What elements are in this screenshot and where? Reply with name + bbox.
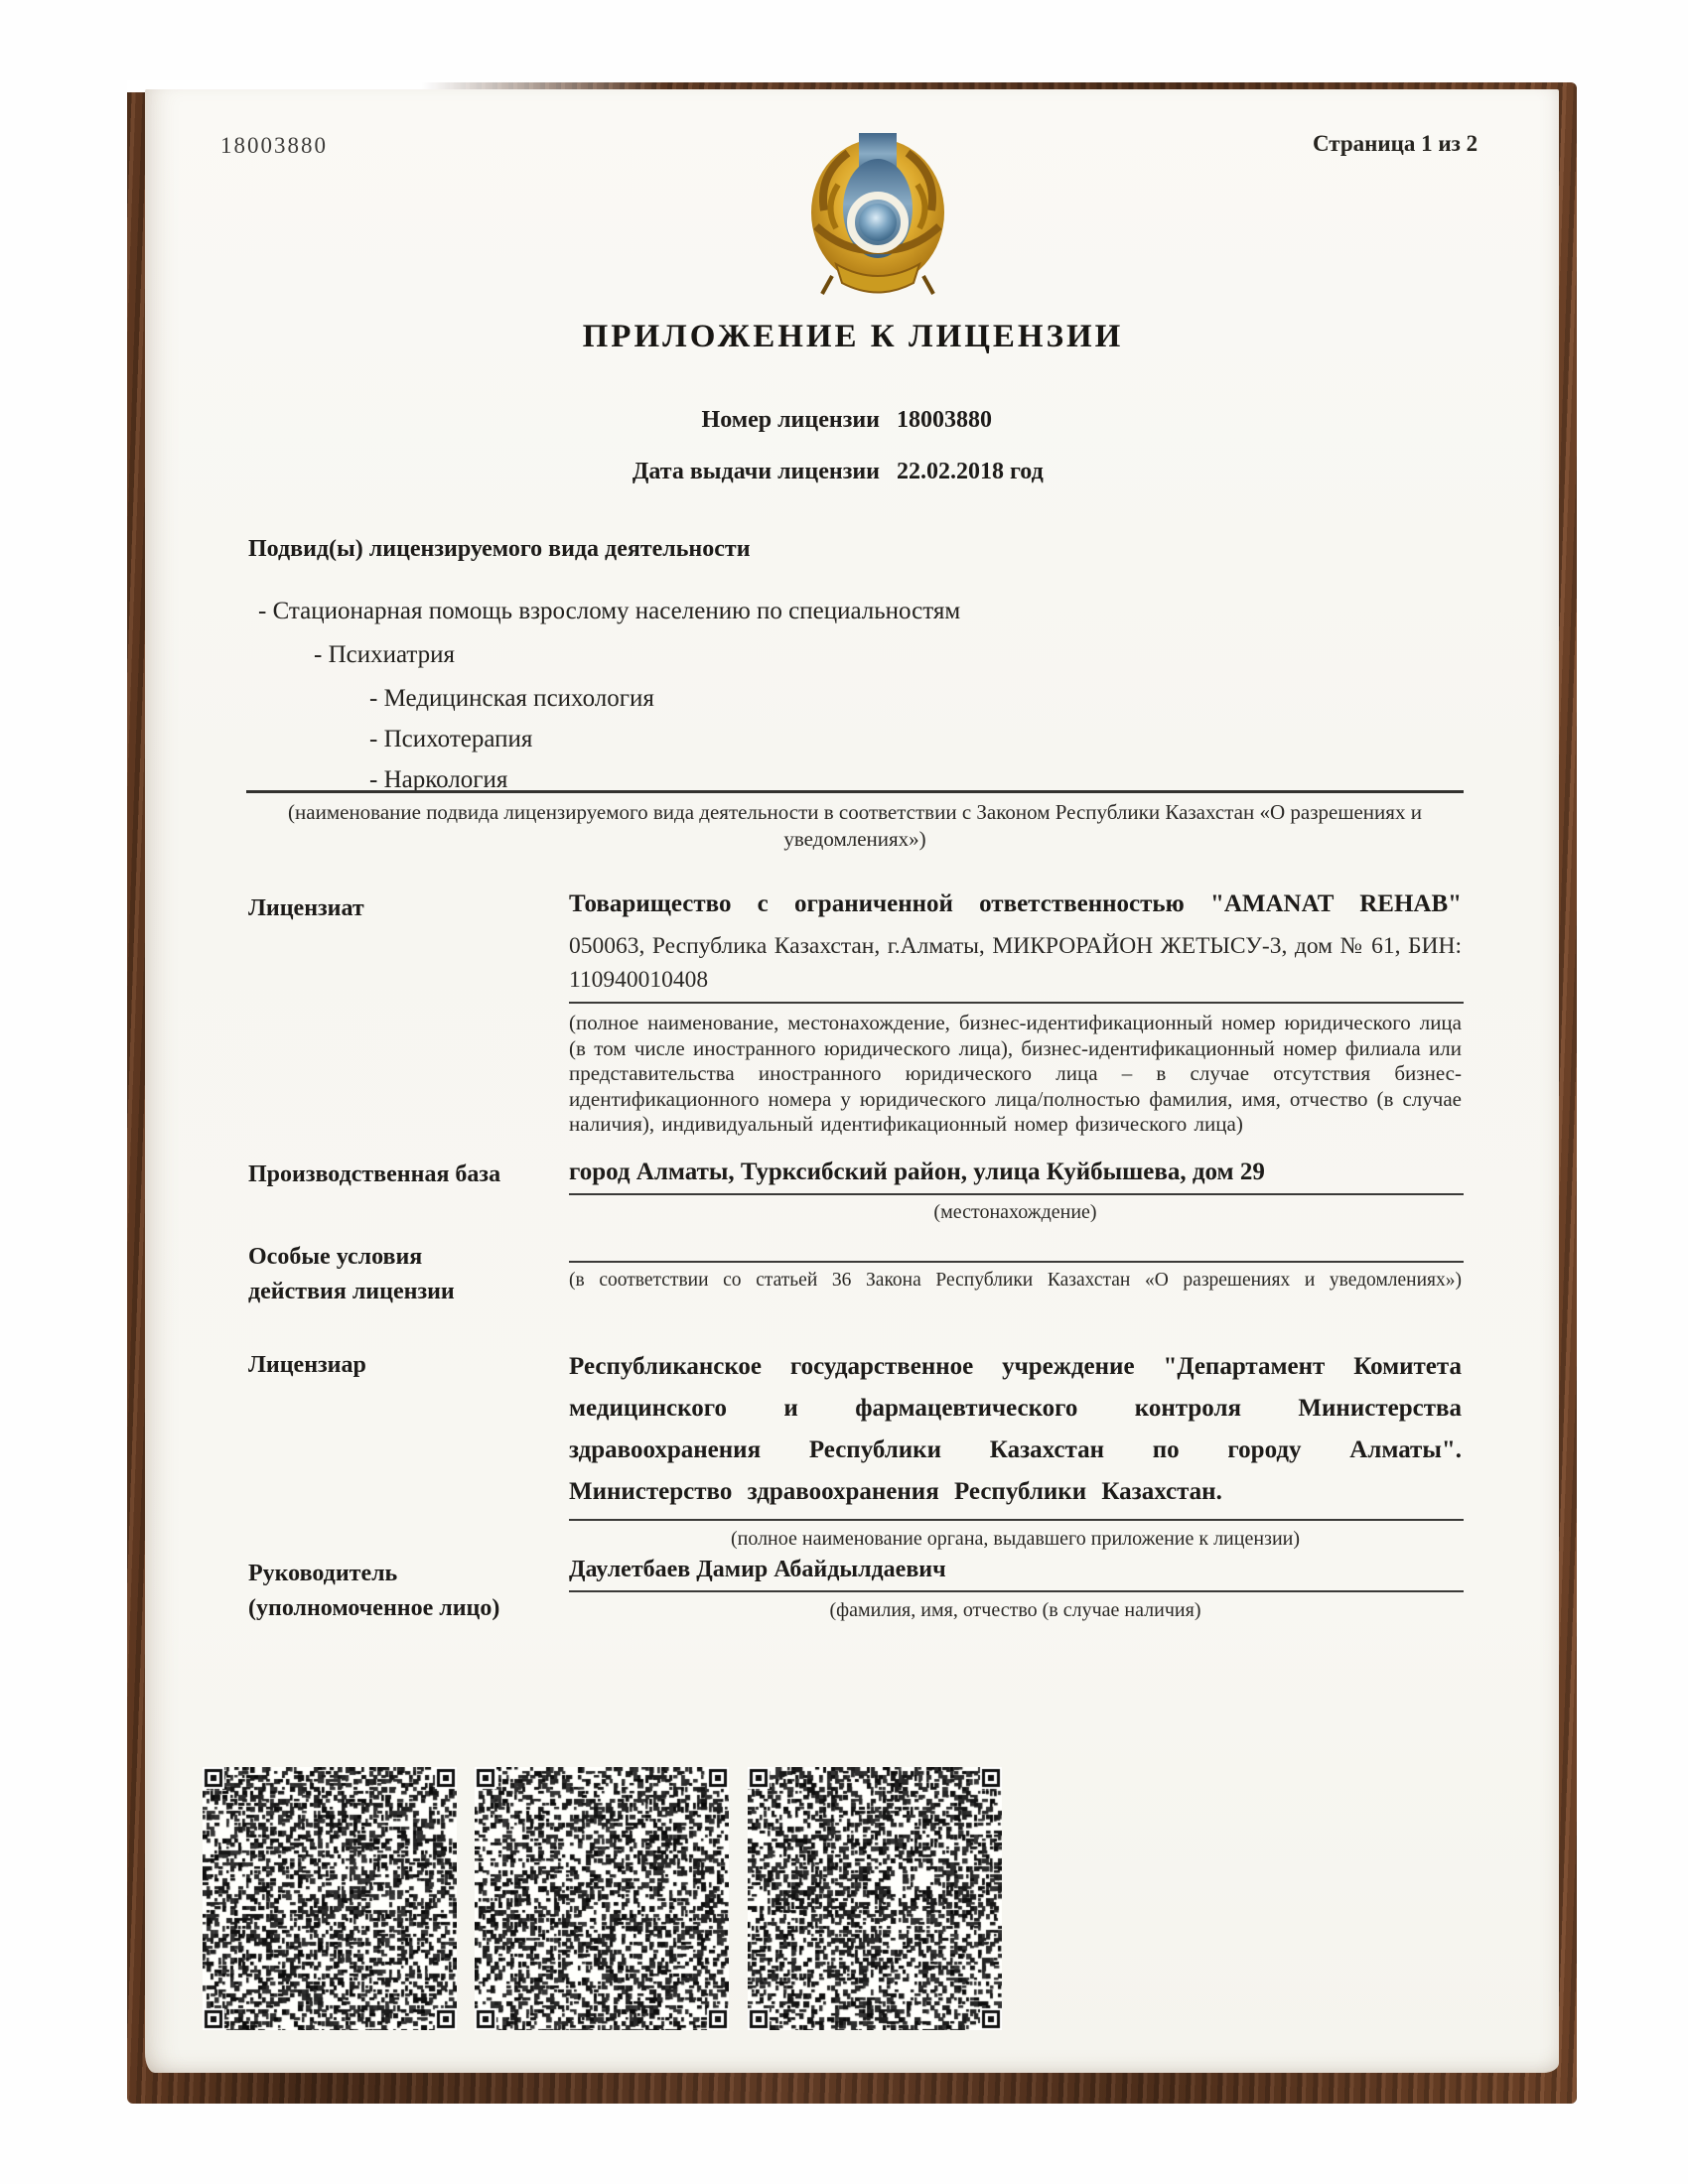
head-person-name: Даулетбаев Дамир Абайдылдаевич xyxy=(569,1557,946,1583)
license-number-row: Номер лицензии 18003880 xyxy=(145,407,1559,441)
kazakhstan-coat-of-arms-icon xyxy=(802,129,953,302)
divider-line xyxy=(569,1002,1464,1004)
qr-code-3 xyxy=(748,1767,1002,2030)
head-person-caption: (фамилия, имя, отчество (в случае наличи… xyxy=(569,1599,1462,1622)
issue-date-value: 22.02.2018 год xyxy=(897,459,1044,485)
subtype-item: - Стационарная помощь взрослому населени… xyxy=(258,598,960,625)
production-base-value: город Алматы, Турксибский район, улица К… xyxy=(569,1159,1265,1186)
subtype-item: - Психиатрия xyxy=(314,641,455,669)
head-person-label: Руководитель xyxy=(248,1561,397,1587)
subtype-item: - Психотерапия xyxy=(369,726,532,753)
licensee-label: Лицензиат xyxy=(248,895,364,922)
license-number-label: Номер лицензии xyxy=(443,407,880,434)
divider-line xyxy=(246,790,1464,793)
issue-date-label: Дата выдачи лицензии xyxy=(443,459,880,485)
issue-date-row: Дата выдачи лицензии 22.02.2018 год xyxy=(145,459,1559,492)
subtypes-caption: (наименование подвида лицензируемого вид… xyxy=(246,799,1464,853)
licensee-caption: (полное наименование, местонахождение, б… xyxy=(569,1011,1462,1138)
qr-code-1 xyxy=(203,1767,457,2030)
licensor-value: Республиканское государственное учрежден… xyxy=(569,1346,1462,1513)
licensee-name: Товарищество с ограниченной ответственно… xyxy=(569,890,1462,918)
subtypes-heading: Подвид(ы) лицензируемого вида деятельнос… xyxy=(248,536,751,563)
divider-line xyxy=(569,1261,1464,1263)
page-indicator: Страница 1 из 2 xyxy=(1313,131,1477,157)
special-conditions-label: действия лицензии xyxy=(248,1279,455,1305)
production-base-label: Производственная база xyxy=(248,1161,500,1188)
scanned-document: 18003880 Страница 1 из 2 xyxy=(0,0,1688,2184)
divider-line xyxy=(569,1590,1464,1592)
special-conditions-label: Особые условия xyxy=(248,1244,422,1271)
licensor-label: Лицензиар xyxy=(248,1352,366,1379)
subtype-item: - Медицинская психология xyxy=(369,685,654,713)
licensee-address: 050063, Республика Казахстан, г.Алматы, … xyxy=(569,929,1462,997)
divider-line xyxy=(569,1193,1464,1195)
document-title: ПРИЛОЖЕНИЕ К ЛИЦЕНЗИИ xyxy=(246,319,1460,355)
divider-line xyxy=(569,1519,1464,1521)
head-person-label: (уполномоченное лицо) xyxy=(248,1595,499,1622)
special-conditions-caption: (в соответствии со статьей 36 Закона Рес… xyxy=(569,1270,1462,1292)
license-attachment-page: 18003880 Страница 1 из 2 xyxy=(145,89,1559,2073)
corner-license-number: 18003880 xyxy=(220,133,328,159)
license-number-value: 18003880 xyxy=(897,407,992,434)
production-base-caption: (местонахождение) xyxy=(569,1201,1462,1224)
qr-code-2 xyxy=(475,1767,729,2030)
licensor-caption: (полное наименование органа, выдавшего п… xyxy=(569,1528,1462,1551)
